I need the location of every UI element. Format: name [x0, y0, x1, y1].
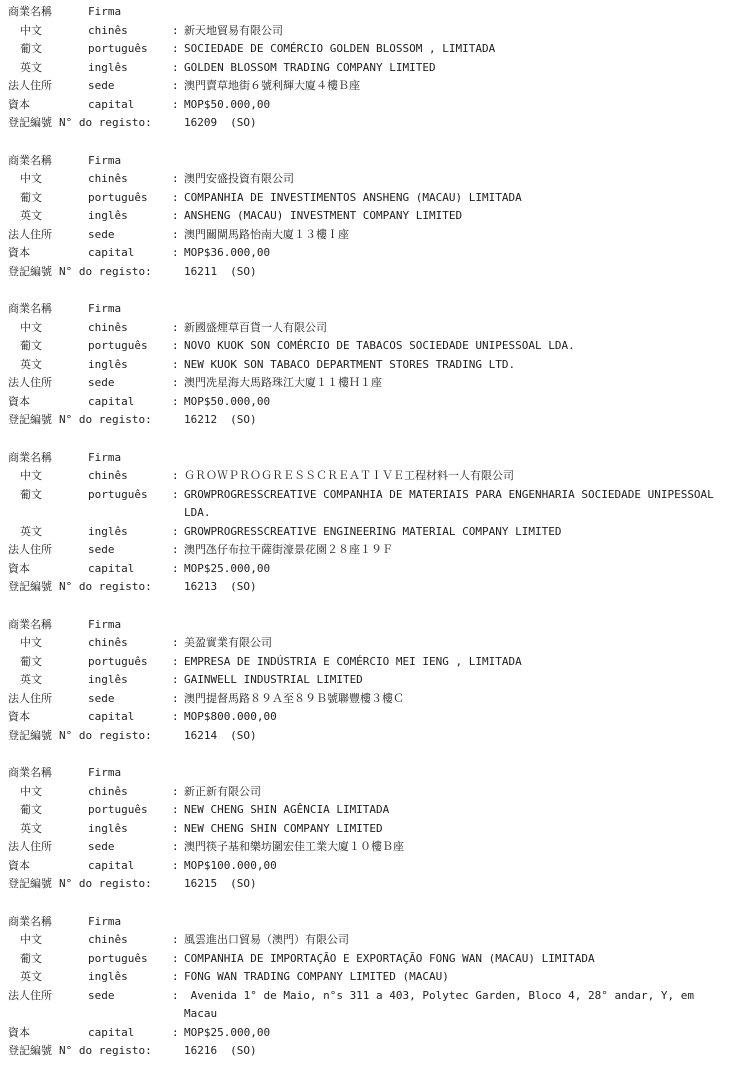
registered-office-row-label-pt: sede [88, 226, 172, 245]
registration-number: 16212 [184, 411, 217, 430]
capital-row-value: MOP$50.000,00 [184, 96, 749, 115]
chinese-name-row-value: 新正新有限公司 [184, 783, 749, 802]
firma-row: 商業名稱Firma [0, 449, 749, 468]
capital-row-label-zh: 資本 [8, 96, 88, 115]
english-name-row-colon: : [172, 356, 184, 375]
registry-entry: 商業名稱Firma中文chinês:澳門安盛投資有限公司葡文português:… [0, 152, 749, 282]
english-name-row-label-zh: 英文 [8, 59, 88, 78]
portuguese-name-row: 葡文português:EMPRESA DE INDÚSTRIA E COMÉR… [0, 653, 749, 672]
capital-row-colon: : [172, 96, 184, 115]
registry-entry: 商業名稱Firma中文chinês:美盈實業有限公司葡文português:EM… [0, 616, 749, 746]
registration-number-label-pt: N° do registo: [59, 1042, 152, 1061]
english-name-row-value: GROWPROGRESSCREATIVE ENGINEERING MATERIA… [184, 523, 749, 542]
english-name-row-label-zh: 英文 [8, 207, 88, 226]
english-name-row-label-zh: 英文 [8, 671, 88, 690]
english-name-row-label-zh: 英文 [8, 820, 88, 839]
chinese-name-row-colon: : [172, 634, 184, 653]
english-name-row-label-pt: inglês [88, 59, 172, 78]
registration-number-label-zh: 登記編號 [8, 114, 52, 133]
registered-office-row: 法人住所sede:澳門氹仔布拉干薩街濠景花園２８座１９Ｆ [0, 541, 749, 560]
registered-office-row-label-pt: sede [88, 838, 172, 857]
capital-row-label-pt: capital [88, 708, 172, 727]
english-name-row: 英文inglês:NEW CHENG SHIN COMPANY LIMITED [0, 820, 749, 839]
firma-row-label-zh: 商業名稱 [8, 764, 88, 783]
registered-office-cont-row-label-pt [88, 1005, 172, 1024]
chinese-name-row-label-zh: 中文 [8, 170, 88, 189]
capital-row: 資本capital:MOP$50.000,00 [0, 393, 749, 412]
portuguese-name-row-label-pt: português [88, 653, 172, 672]
chinese-name-row-label-pt: chinês [88, 319, 172, 338]
capital-row-value: MOP$800.000,00 [184, 708, 749, 727]
firma-row-value [184, 300, 749, 319]
registered-office-row-label-zh: 法人住所 [8, 374, 88, 393]
portuguese-name-row-label-pt: português [88, 486, 172, 505]
english-name-row-label-pt: inglês [88, 820, 172, 839]
registration-suffix: (SO) [230, 578, 257, 597]
chinese-name-row-label-zh: 中文 [8, 634, 88, 653]
registered-office-row: 法人住所sede:澳門冼星海大馬路珠江大廈１１樓Ｈ１座 [0, 374, 749, 393]
registration-number-label-zh: 登記編號 [8, 578, 52, 597]
registered-office-row-label-pt: sede [88, 690, 172, 709]
firma-row-value [184, 3, 749, 22]
registration-suffix: (SO) [230, 263, 257, 282]
registration-number-label: 登記編號N° do registo: [8, 263, 184, 282]
registered-office-row-value: 澳門筷子基和樂坊圍宏佳工業大廈１０樓Ｂ座 [184, 838, 749, 857]
registration-number-value: 16211(SO) [184, 263, 749, 282]
english-name-row-value: FONG WAN TRADING COMPANY LIMITED (MACAU) [184, 968, 749, 987]
portuguese-name-row-label-pt: português [88, 189, 172, 208]
capital-row-label-pt: capital [88, 96, 172, 115]
firma-row-label-zh: 商業名稱 [8, 300, 88, 319]
portuguese-name-row-value: SOCIEDADE DE COMÉRCIO GOLDEN BLOSSOM , L… [184, 40, 749, 59]
registry-entry: 商業名稱Firma中文chinês:風雲進出口貿易（澳門）有限公司葡文portu… [0, 913, 749, 1061]
english-name-row: 英文inglês:FONG WAN TRADING COMPANY LIMITE… [0, 968, 749, 987]
portuguese-name-row-colon: : [172, 653, 184, 672]
chinese-name-row-value: 風雲進出口貿易（澳門）有限公司 [184, 931, 749, 950]
registered-office-cont-row: Macau [0, 1005, 749, 1024]
chinese-name-row-label-pt: chinês [88, 931, 172, 950]
registration-number-label: 登記編號N° do registo: [8, 578, 184, 597]
portuguese-name-row-colon: : [172, 40, 184, 59]
registered-office-row-label-zh: 法人住所 [8, 541, 88, 560]
registration-number-label-pt: N° do registo: [59, 727, 152, 746]
registered-office-row-label-pt: sede [88, 374, 172, 393]
portuguese-name-row-label-pt: português [88, 950, 172, 969]
portuguese-name-row-label-zh: 葡文 [8, 801, 88, 820]
english-name-row-label-pt: inglês [88, 671, 172, 690]
firma-row-colon [172, 616, 184, 635]
firma-row-label-pt: Firma [88, 449, 172, 468]
registration-number-row: 登記編號N° do registo:16216(SO) [0, 1042, 749, 1061]
english-name-row-label-pt: inglês [88, 207, 172, 226]
chinese-name-row-label-pt: chinês [88, 783, 172, 802]
portuguese-name-row-value: NEW CHENG SHIN AGÊNCIA LIMITADA [184, 801, 749, 820]
firma-row-colon [172, 152, 184, 171]
registered-office-cont-row-label-zh [8, 1005, 88, 1024]
portuguese-name-row: 葡文português:SOCIEDADE DE COMÉRCIO GOLDEN… [0, 40, 749, 59]
registered-office-row: 法人住所sede:澳門關閘馬路怡南大廈１３樓Ｉ座 [0, 226, 749, 245]
registration-number-label: 登記編號N° do registo: [8, 411, 184, 430]
registered-office-row-value: Avenida 1° de Maio, n°s 311 a 403, Polyt… [184, 987, 749, 1006]
capital-row-colon: : [172, 393, 184, 412]
portuguese-name-cont-row-colon [172, 504, 184, 523]
english-name-row-colon: : [172, 671, 184, 690]
capital-row: 資本capital:MOP$36.000,00 [0, 244, 749, 263]
portuguese-name-row-label-zh: 葡文 [8, 337, 88, 356]
capital-row-colon: : [172, 560, 184, 579]
capital-row-value: MOP$25.000,00 [184, 1024, 749, 1043]
portuguese-name-row: 葡文português:GROWPROGRESSCREATIVE COMPANH… [0, 486, 749, 505]
capital-row: 資本capital:MOP$50.000,00 [0, 96, 749, 115]
registration-number: 16215 [184, 875, 217, 894]
registered-office-row-colon: : [172, 77, 184, 96]
portuguese-name-row-colon: : [172, 486, 184, 505]
english-name-row-colon: : [172, 59, 184, 78]
registered-office-cont-row-value: Macau [184, 1005, 749, 1024]
registration-suffix: (SO) [230, 114, 257, 133]
registered-office-row: 法人住所sede:澳門提督馬路８９Ａ至８９Ｂ號聯豐樓３樓Ｃ [0, 690, 749, 709]
registration-number: 16214 [184, 727, 217, 746]
registered-office-row: 法人住所sede:澳門筷子基和樂坊圍宏佳工業大廈１０樓Ｂ座 [0, 838, 749, 857]
registration-number-label-pt: N° do registo: [59, 114, 152, 133]
portuguese-name-row-label-zh: 葡文 [8, 40, 88, 59]
registration-number-label: 登記編號N° do registo: [8, 875, 184, 894]
portuguese-name-row: 葡文português:COMPANHIA DE INVESTIMENTOS A… [0, 189, 749, 208]
english-name-row-value: GOLDEN BLOSSOM TRADING COMPANY LIMITED [184, 59, 749, 78]
registered-office-row-value: 澳門冼星海大馬路珠江大廈１１樓Ｈ１座 [184, 374, 749, 393]
registry-entry: 商業名稱Firma中文chinês:新正新有限公司葡文português:NEW… [0, 764, 749, 894]
capital-row-label-pt: capital [88, 393, 172, 412]
registration-number-label: 登記編號N° do registo: [8, 1042, 184, 1061]
capital-row-value: MOP$50.000,00 [184, 393, 749, 412]
firma-row-value [184, 764, 749, 783]
registration-number-row: 登記編號N° do registo:16214(SO) [0, 727, 749, 746]
firma-row-colon [172, 913, 184, 932]
english-name-row: 英文inglês:GAINWELL INDUSTRIAL LIMITED [0, 671, 749, 690]
capital-row-value: MOP$25.000,00 [184, 560, 749, 579]
registration-number: 16209 [184, 114, 217, 133]
capital-row-label-zh: 資本 [8, 857, 88, 876]
registration-number: 16213 [184, 578, 217, 597]
capital-row-colon: : [172, 857, 184, 876]
capital-row-label-pt: capital [88, 1024, 172, 1043]
registry-document: 商業名稱Firma中文chinês:新天地貿易有限公司葡文português:S… [0, 0, 749, 1061]
chinese-name-row: 中文chinês:風雲進出口貿易（澳門）有限公司 [0, 931, 749, 950]
registration-number-value: 16214(SO) [184, 727, 749, 746]
registered-office-row-label-pt: sede [88, 77, 172, 96]
registration-number-value: 16216(SO) [184, 1042, 749, 1061]
firma-row-label-pt: Firma [88, 152, 172, 171]
chinese-name-row-label-pt: chinês [88, 634, 172, 653]
english-name-row-value: GAINWELL INDUSTRIAL LIMITED [184, 671, 749, 690]
registered-office-row-colon: : [172, 226, 184, 245]
chinese-name-row: 中文chinês:澳門安盛投資有限公司 [0, 170, 749, 189]
portuguese-name-row-label-zh: 葡文 [8, 486, 88, 505]
registration-number-row: 登記編號N° do registo:16215(SO) [0, 875, 749, 894]
firma-row-label-zh: 商業名稱 [8, 449, 88, 468]
chinese-name-row-label-pt: chinês [88, 22, 172, 41]
firma-row-value [184, 616, 749, 635]
capital-row-label-pt: capital [88, 244, 172, 263]
capital-row-colon: : [172, 244, 184, 263]
portuguese-name-row: 葡文português:NOVO KUOK SON COMÉRCIO DE TA… [0, 337, 749, 356]
firma-row: 商業名稱Firma [0, 300, 749, 319]
english-name-row-colon: : [172, 820, 184, 839]
capital-row-label-zh: 資本 [8, 560, 88, 579]
registered-office-row-value: 澳門提督馬路８９Ａ至８９Ｂ號聯豐樓３樓Ｃ [184, 690, 749, 709]
registered-office-row: 法人住所sede:澳門賣草地街６號利輝大廈４樓Ｂ座 [0, 77, 749, 96]
chinese-name-row-label-pt: chinês [88, 467, 172, 486]
capital-row-label-pt: capital [88, 857, 172, 876]
capital-row: 資本capital:MOP$25.000,00 [0, 560, 749, 579]
registration-number-label-zh: 登記編號 [8, 411, 52, 430]
portuguese-name-cont-row-value: LDA. [184, 504, 749, 523]
registration-number-value: 16212(SO) [184, 411, 749, 430]
registered-office-row-value: 澳門賣草地街６號利輝大廈４樓Ｂ座 [184, 77, 749, 96]
chinese-name-row: 中文chinês:ＧＲＯＷＰＲＯＧＲＥＳＳＣＲＥＡＴＩＶＥ工程材料一人有限公司 [0, 467, 749, 486]
portuguese-name-row-colon: : [172, 950, 184, 969]
capital-row: 資本capital:MOP$800.000,00 [0, 708, 749, 727]
registration-number-label: 登記編號N° do registo: [8, 727, 184, 746]
capital-row-label-zh: 資本 [8, 1024, 88, 1043]
registration-number-label-pt: N° do registo: [59, 578, 152, 597]
registration-number: 16211 [184, 263, 217, 282]
firma-row-value [184, 913, 749, 932]
firma-row-label-pt: Firma [88, 764, 172, 783]
chinese-name-row-value: ＧＲＯＷＰＲＯＧＲＥＳＳＣＲＥＡＴＩＶＥ工程材料一人有限公司 [184, 467, 749, 486]
registered-office-row-colon: : [172, 987, 184, 1006]
english-name-row-label-zh: 英文 [8, 523, 88, 542]
registration-number-label-zh: 登記編號 [8, 875, 52, 894]
capital-row-label-zh: 資本 [8, 244, 88, 263]
firma-row-colon [172, 300, 184, 319]
registration-number-label-pt: N° do registo: [59, 263, 152, 282]
registered-office-row-value: 澳門關閘馬路怡南大廈１３樓Ｉ座 [184, 226, 749, 245]
registered-office-row-colon: : [172, 541, 184, 560]
chinese-name-row-colon: : [172, 170, 184, 189]
registration-number-label-zh: 登記編號 [8, 1042, 52, 1061]
registration-number-value: 16213(SO) [184, 578, 749, 597]
portuguese-name-row-value: COMPANHIA DE INVESTIMENTOS ANSHENG (MACA… [184, 189, 749, 208]
chinese-name-row-colon: : [172, 22, 184, 41]
capital-row-label-pt: capital [88, 560, 172, 579]
english-name-row-value: ANSHENG (MACAU) INVESTMENT COMPANY LIMIT… [184, 207, 749, 226]
registration-number-label-zh: 登記編號 [8, 727, 52, 746]
portuguese-name-row-label-pt: português [88, 801, 172, 820]
english-name-row-label-pt: inglês [88, 356, 172, 375]
portuguese-name-cont-row-label-zh [8, 504, 88, 523]
chinese-name-row-colon: : [172, 319, 184, 338]
portuguese-name-row-label-zh: 葡文 [8, 950, 88, 969]
registration-suffix: (SO) [230, 875, 257, 894]
english-name-row: 英文inglês:ANSHENG (MACAU) INVESTMENT COMP… [0, 207, 749, 226]
portuguese-name-cont-row-label-pt [88, 504, 172, 523]
registration-number-label-pt: N° do registo: [59, 411, 152, 430]
registration-number: 16216 [184, 1042, 217, 1061]
firma-row-value [184, 449, 749, 468]
registered-office-row-label-zh: 法人住所 [8, 838, 88, 857]
portuguese-name-row-label-zh: 葡文 [8, 189, 88, 208]
registered-office-row-label-zh: 法人住所 [8, 690, 88, 709]
registration-number-row: 登記編號N° do registo:16211(SO) [0, 263, 749, 282]
english-name-row-value: NEW CHENG SHIN COMPANY LIMITED [184, 820, 749, 839]
capital-row-label-zh: 資本 [8, 393, 88, 412]
registered-office-row-colon: : [172, 690, 184, 709]
chinese-name-row-label-zh: 中文 [8, 783, 88, 802]
portuguese-name-row-colon: : [172, 801, 184, 820]
capital-row-label-zh: 資本 [8, 708, 88, 727]
registration-number-value: 16209(SO) [184, 114, 749, 133]
english-name-row-colon: : [172, 523, 184, 542]
chinese-name-row-label-zh: 中文 [8, 931, 88, 950]
firma-row-label-zh: 商業名稱 [8, 152, 88, 171]
registered-office-row-label-zh: 法人住所 [8, 226, 88, 245]
english-name-row-label-zh: 英文 [8, 356, 88, 375]
portuguese-name-row-label-pt: português [88, 337, 172, 356]
portuguese-name-row: 葡文português:COMPANHIA DE IMPORTAÇÃO E EX… [0, 950, 749, 969]
capital-row-colon: : [172, 708, 184, 727]
firma-row: 商業名稱Firma [0, 764, 749, 783]
registration-suffix: (SO) [230, 1042, 257, 1061]
registration-number-row: 登記編號N° do registo:16212(SO) [0, 411, 749, 430]
registry-entry: 商業名稱Firma中文chinês:新天地貿易有限公司葡文português:S… [0, 3, 749, 133]
portuguese-name-row-value: GROWPROGRESSCREATIVE COMPANHIA DE MATERI… [184, 486, 749, 505]
capital-row: 資本capital:MOP$25.000,00 [0, 1024, 749, 1043]
registration-number-label: 登記編號N° do registo: [8, 114, 184, 133]
portuguese-name-row-colon: : [172, 189, 184, 208]
firma-row-label-pt: Firma [88, 616, 172, 635]
firma-row-label-pt: Firma [88, 3, 172, 22]
chinese-name-row-label-zh: 中文 [8, 319, 88, 338]
chinese-name-row-value: 新國盛煙草百貨一人有限公司 [184, 319, 749, 338]
english-name-row-colon: : [172, 207, 184, 226]
firma-row-colon [172, 449, 184, 468]
capital-row-value: MOP$36.000,00 [184, 244, 749, 263]
capital-row-colon: : [172, 1024, 184, 1043]
portuguese-name-row-label-pt: português [88, 40, 172, 59]
firma-row-label-zh: 商業名稱 [8, 616, 88, 635]
firma-row-label-pt: Firma [88, 300, 172, 319]
firma-row: 商業名稱Firma [0, 3, 749, 22]
firma-row-label-zh: 商業名稱 [8, 913, 88, 932]
registration-number-row: 登記編號N° do registo:16209(SO) [0, 114, 749, 133]
chinese-name-row-label-zh: 中文 [8, 22, 88, 41]
capital-row-value: MOP$100.000,00 [184, 857, 749, 876]
chinese-name-row-colon: : [172, 783, 184, 802]
english-name-row-label-pt: inglês [88, 523, 172, 542]
registration-number-label-zh: 登記編號 [8, 263, 52, 282]
chinese-name-row: 中文chinês:新國盛煙草百貨一人有限公司 [0, 319, 749, 338]
registration-suffix: (SO) [230, 411, 257, 430]
firma-row: 商業名稱Firma [0, 616, 749, 635]
registered-office-cont-row-colon [172, 1005, 184, 1024]
registered-office-row: 法人住所sede: Avenida 1° de Maio, n°s 311 a … [0, 987, 749, 1006]
portuguese-name-row: 葡文português:NEW CHENG SHIN AGÊNCIA LIMIT… [0, 801, 749, 820]
chinese-name-row: 中文chinês:新天地貿易有限公司 [0, 22, 749, 41]
registered-office-row-value: 澳門氹仔布拉干薩街濠景花園２８座１９Ｆ [184, 541, 749, 560]
firma-row-colon [172, 3, 184, 22]
registered-office-row-label-pt: sede [88, 541, 172, 560]
chinese-name-row-value: 澳門安盛投資有限公司 [184, 170, 749, 189]
portuguese-name-row-colon: : [172, 337, 184, 356]
chinese-name-row: 中文chinês:美盈實業有限公司 [0, 634, 749, 653]
firma-row: 商業名稱Firma [0, 152, 749, 171]
firma-row-value [184, 152, 749, 171]
registry-entry: 商業名稱Firma中文chinês:ＧＲＯＷＰＲＯＧＲＥＳＳＣＲＥＡＴＩＶＥ工程… [0, 449, 749, 597]
chinese-name-row-value: 新天地貿易有限公司 [184, 22, 749, 41]
firma-row: 商業名稱Firma [0, 913, 749, 932]
registered-office-row-label-zh: 法人住所 [8, 77, 88, 96]
english-name-row: 英文inglês:NEW KUOK SON TABACO DEPARTMENT … [0, 356, 749, 375]
registered-office-row-label-zh: 法人住所 [8, 987, 88, 1006]
english-name-row: 英文inglês:GOLDEN BLOSSOM TRADING COMPANY … [0, 59, 749, 78]
registered-office-row-colon: : [172, 838, 184, 857]
english-name-row-label-pt: inglês [88, 968, 172, 987]
registered-office-row-colon: : [172, 374, 184, 393]
registration-number-value: 16215(SO) [184, 875, 749, 894]
firma-row-label-pt: Firma [88, 913, 172, 932]
chinese-name-row-colon: : [172, 931, 184, 950]
english-name-row-label-zh: 英文 [8, 968, 88, 987]
portuguese-name-row-value: NOVO KUOK SON COMÉRCIO DE TABACOS SOCIED… [184, 337, 749, 356]
registered-office-row-label-pt: sede [88, 987, 172, 1006]
registration-suffix: (SO) [230, 727, 257, 746]
english-name-row-colon: : [172, 968, 184, 987]
portuguese-name-row-value: EMPRESA DE INDÚSTRIA E COMÉRCIO MEI IENG… [184, 653, 749, 672]
chinese-name-row-value: 美盈實業有限公司 [184, 634, 749, 653]
portuguese-name-row-label-zh: 葡文 [8, 653, 88, 672]
registry-entry: 商業名稱Firma中文chinês:新國盛煙草百貨一人有限公司葡文portugu… [0, 300, 749, 430]
chinese-name-row-colon: : [172, 467, 184, 486]
firma-row-colon [172, 764, 184, 783]
english-name-row-value: NEW KUOK SON TABACO DEPARTMENT STORES TR… [184, 356, 749, 375]
portuguese-name-row-value: COMPANHIA DE IMPORTAÇÃO E EXPORTAÇÃO FON… [184, 950, 749, 969]
registration-number-row: 登記編號N° do registo:16213(SO) [0, 578, 749, 597]
capital-row: 資本capital:MOP$100.000,00 [0, 857, 749, 876]
registration-number-label-pt: N° do registo: [59, 875, 152, 894]
portuguese-name-cont-row: LDA. [0, 504, 749, 523]
firma-row-label-zh: 商業名稱 [8, 3, 88, 22]
english-name-row: 英文inglês:GROWPROGRESSCREATIVE ENGINEERIN… [0, 523, 749, 542]
chinese-name-row-label-zh: 中文 [8, 467, 88, 486]
chinese-name-row: 中文chinês:新正新有限公司 [0, 783, 749, 802]
chinese-name-row-label-pt: chinês [88, 170, 172, 189]
